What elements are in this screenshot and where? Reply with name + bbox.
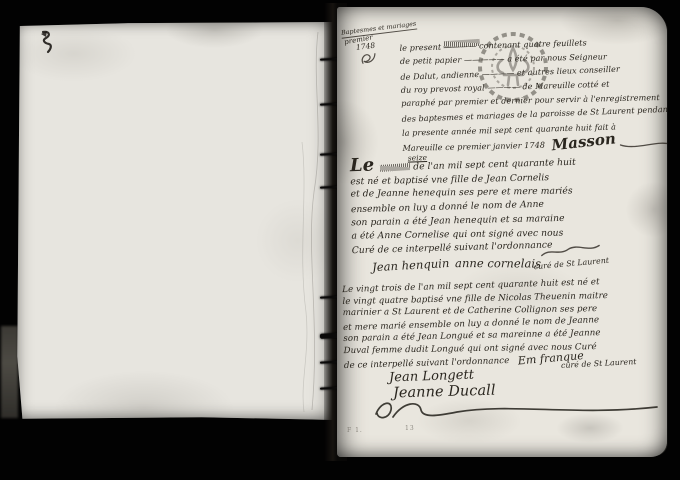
fleur-de-lis-icon: [498, 48, 529, 85]
ink-paraph-icon: [38, 30, 58, 56]
tax-stamp-icon: [475, 29, 551, 105]
paraph-flourish-icon: [358, 49, 380, 67]
signature-jean-henquin: Jean henquin: [372, 257, 450, 275]
microfilm-scan-background: Baptesmes et mariages premier 1748 le pr…: [0, 0, 680, 480]
folio-number: F 1.: [347, 427, 363, 434]
masson-flourish-icon: [619, 137, 667, 148]
right-page: Baptesmes et mariages premier 1748 le pr…: [337, 7, 667, 457]
manuscript-line: de l'an mil sept cent quarante huit: [413, 157, 576, 173]
signature-anne-cornelais: anne cornelais: [455, 257, 541, 271]
left-page: [16, 22, 336, 420]
baptism-act-jeanne: Le vingt trois de l'an mil sept cent qua…: [342, 277, 609, 372]
drop-cap: Le: [350, 155, 375, 177]
ink-scribble-icon: [380, 163, 410, 172]
signature-swash-icon: [371, 398, 663, 426]
inserted-word: seize: [408, 151, 428, 165]
book-cover-edge: [1, 326, 18, 418]
faint-mark: 13: [405, 425, 415, 432]
